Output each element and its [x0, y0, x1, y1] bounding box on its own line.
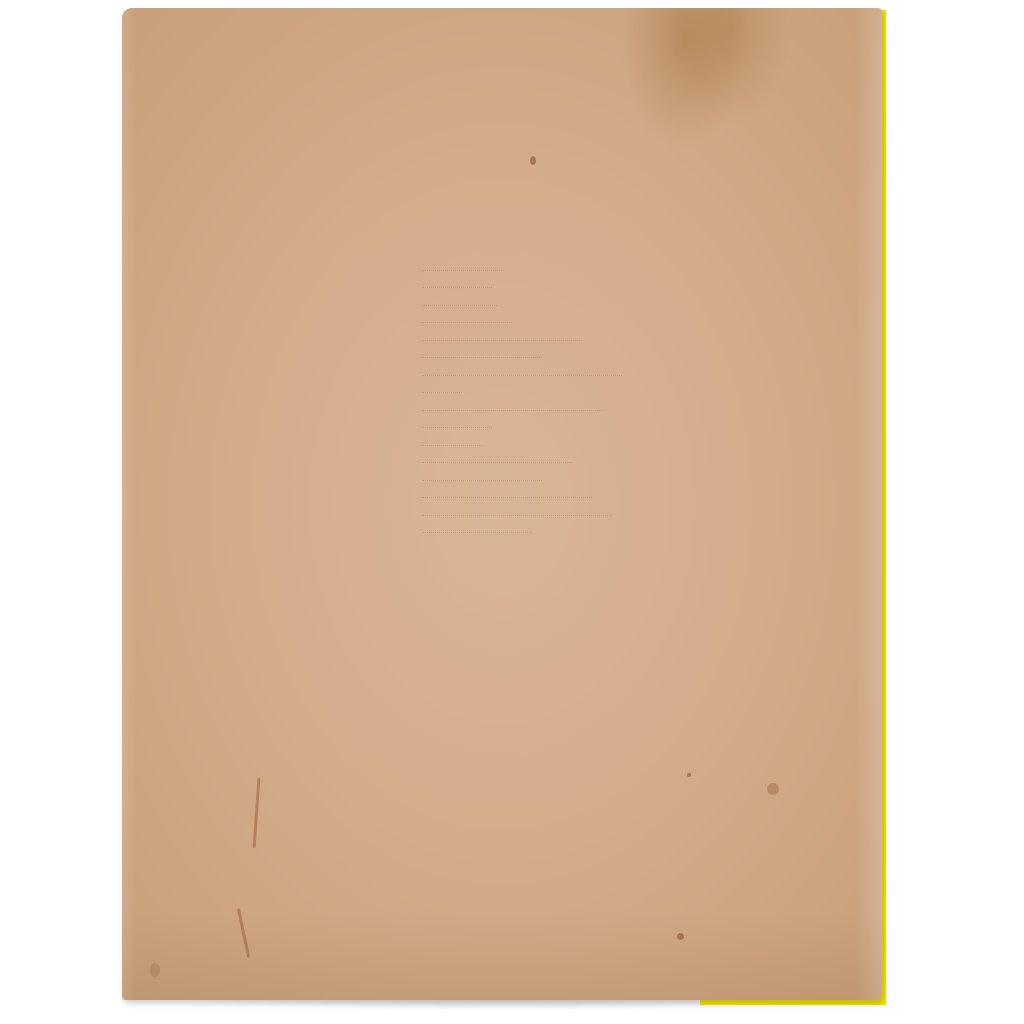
show-through-text [422, 253, 752, 533]
stain-spot [530, 156, 536, 165]
stain-spot [767, 783, 779, 795]
stain-spot [687, 773, 691, 777]
dotted-leader-line [422, 497, 592, 498]
dotted-leader-line [422, 392, 462, 393]
dotted-leader-line [422, 427, 492, 428]
dotted-leader-line [422, 287, 492, 288]
dotted-leader-line [422, 462, 572, 463]
stain-spot [677, 933, 684, 940]
dotted-leader-line [422, 340, 582, 341]
dotted-leader-line [422, 480, 542, 481]
dotted-leader-line [422, 410, 602, 411]
dotted-leader-line [422, 375, 622, 376]
stain-spot [150, 963, 160, 977]
dotted-leader-line [422, 357, 542, 358]
paper-sheet [122, 8, 882, 1000]
dotted-leader-line [422, 532, 532, 533]
dotted-leader-line [422, 322, 512, 323]
dotted-leader-line [422, 305, 497, 306]
dotted-leader-line [422, 515, 612, 516]
stain-streak [253, 778, 261, 848]
dotted-leader-line [422, 270, 502, 271]
dotted-leader-line [422, 445, 482, 446]
stain-streak [237, 908, 250, 958]
